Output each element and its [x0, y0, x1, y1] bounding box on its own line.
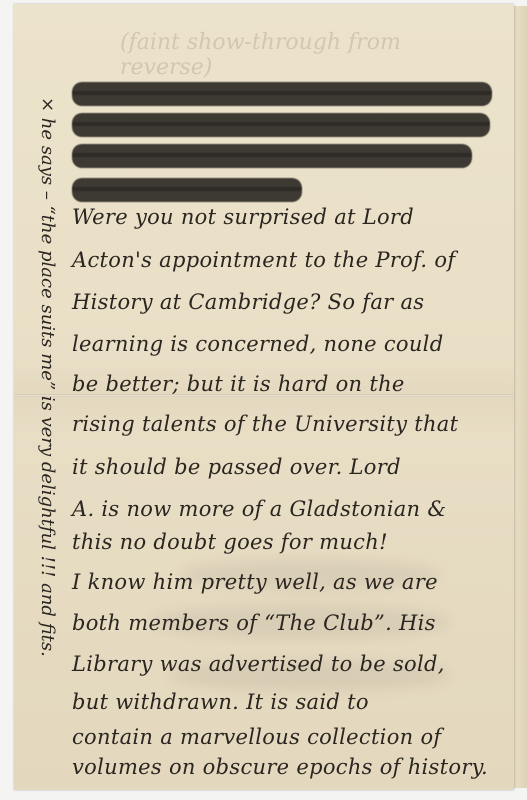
text-line: this no doubt goes for much!: [72, 530, 388, 554]
struck-through-line-4: [72, 178, 302, 202]
text-line: Were you not surprised at Lord: [72, 205, 414, 229]
text-line: A. is now more of a Gladstonian &: [72, 497, 446, 521]
struck-through-line-2: [72, 113, 490, 137]
text-line: learning is concerned, none could: [72, 332, 443, 356]
struck-through-line-1: [72, 82, 492, 106]
margin-note: × he says – “the place suits me” is very…: [37, 97, 58, 777]
text-line: both members of “The Club”. His: [72, 611, 436, 635]
text-line: contain a marvellous collection of: [72, 725, 441, 749]
text-line: but withdrawn. It is said to: [72, 690, 369, 714]
text-line: it should be passed over. Lord: [72, 455, 401, 479]
struck-through-line-3: [72, 144, 472, 168]
text-line: be better; but it is hard on the: [72, 372, 405, 396]
text-line: Library was advertised to be sold,: [72, 652, 445, 676]
text-line: volumes on obscure epochs of history.: [72, 755, 488, 779]
text-line: History at Cambridge? So far as: [72, 290, 424, 314]
show-through-text: (faint show-through from reverse): [120, 30, 440, 70]
text-line: rising talents of the University that: [72, 412, 458, 436]
text-line: Acton's appointment to the Prof. of: [72, 248, 455, 272]
text-line: I know him pretty well, as we are: [72, 570, 438, 594]
